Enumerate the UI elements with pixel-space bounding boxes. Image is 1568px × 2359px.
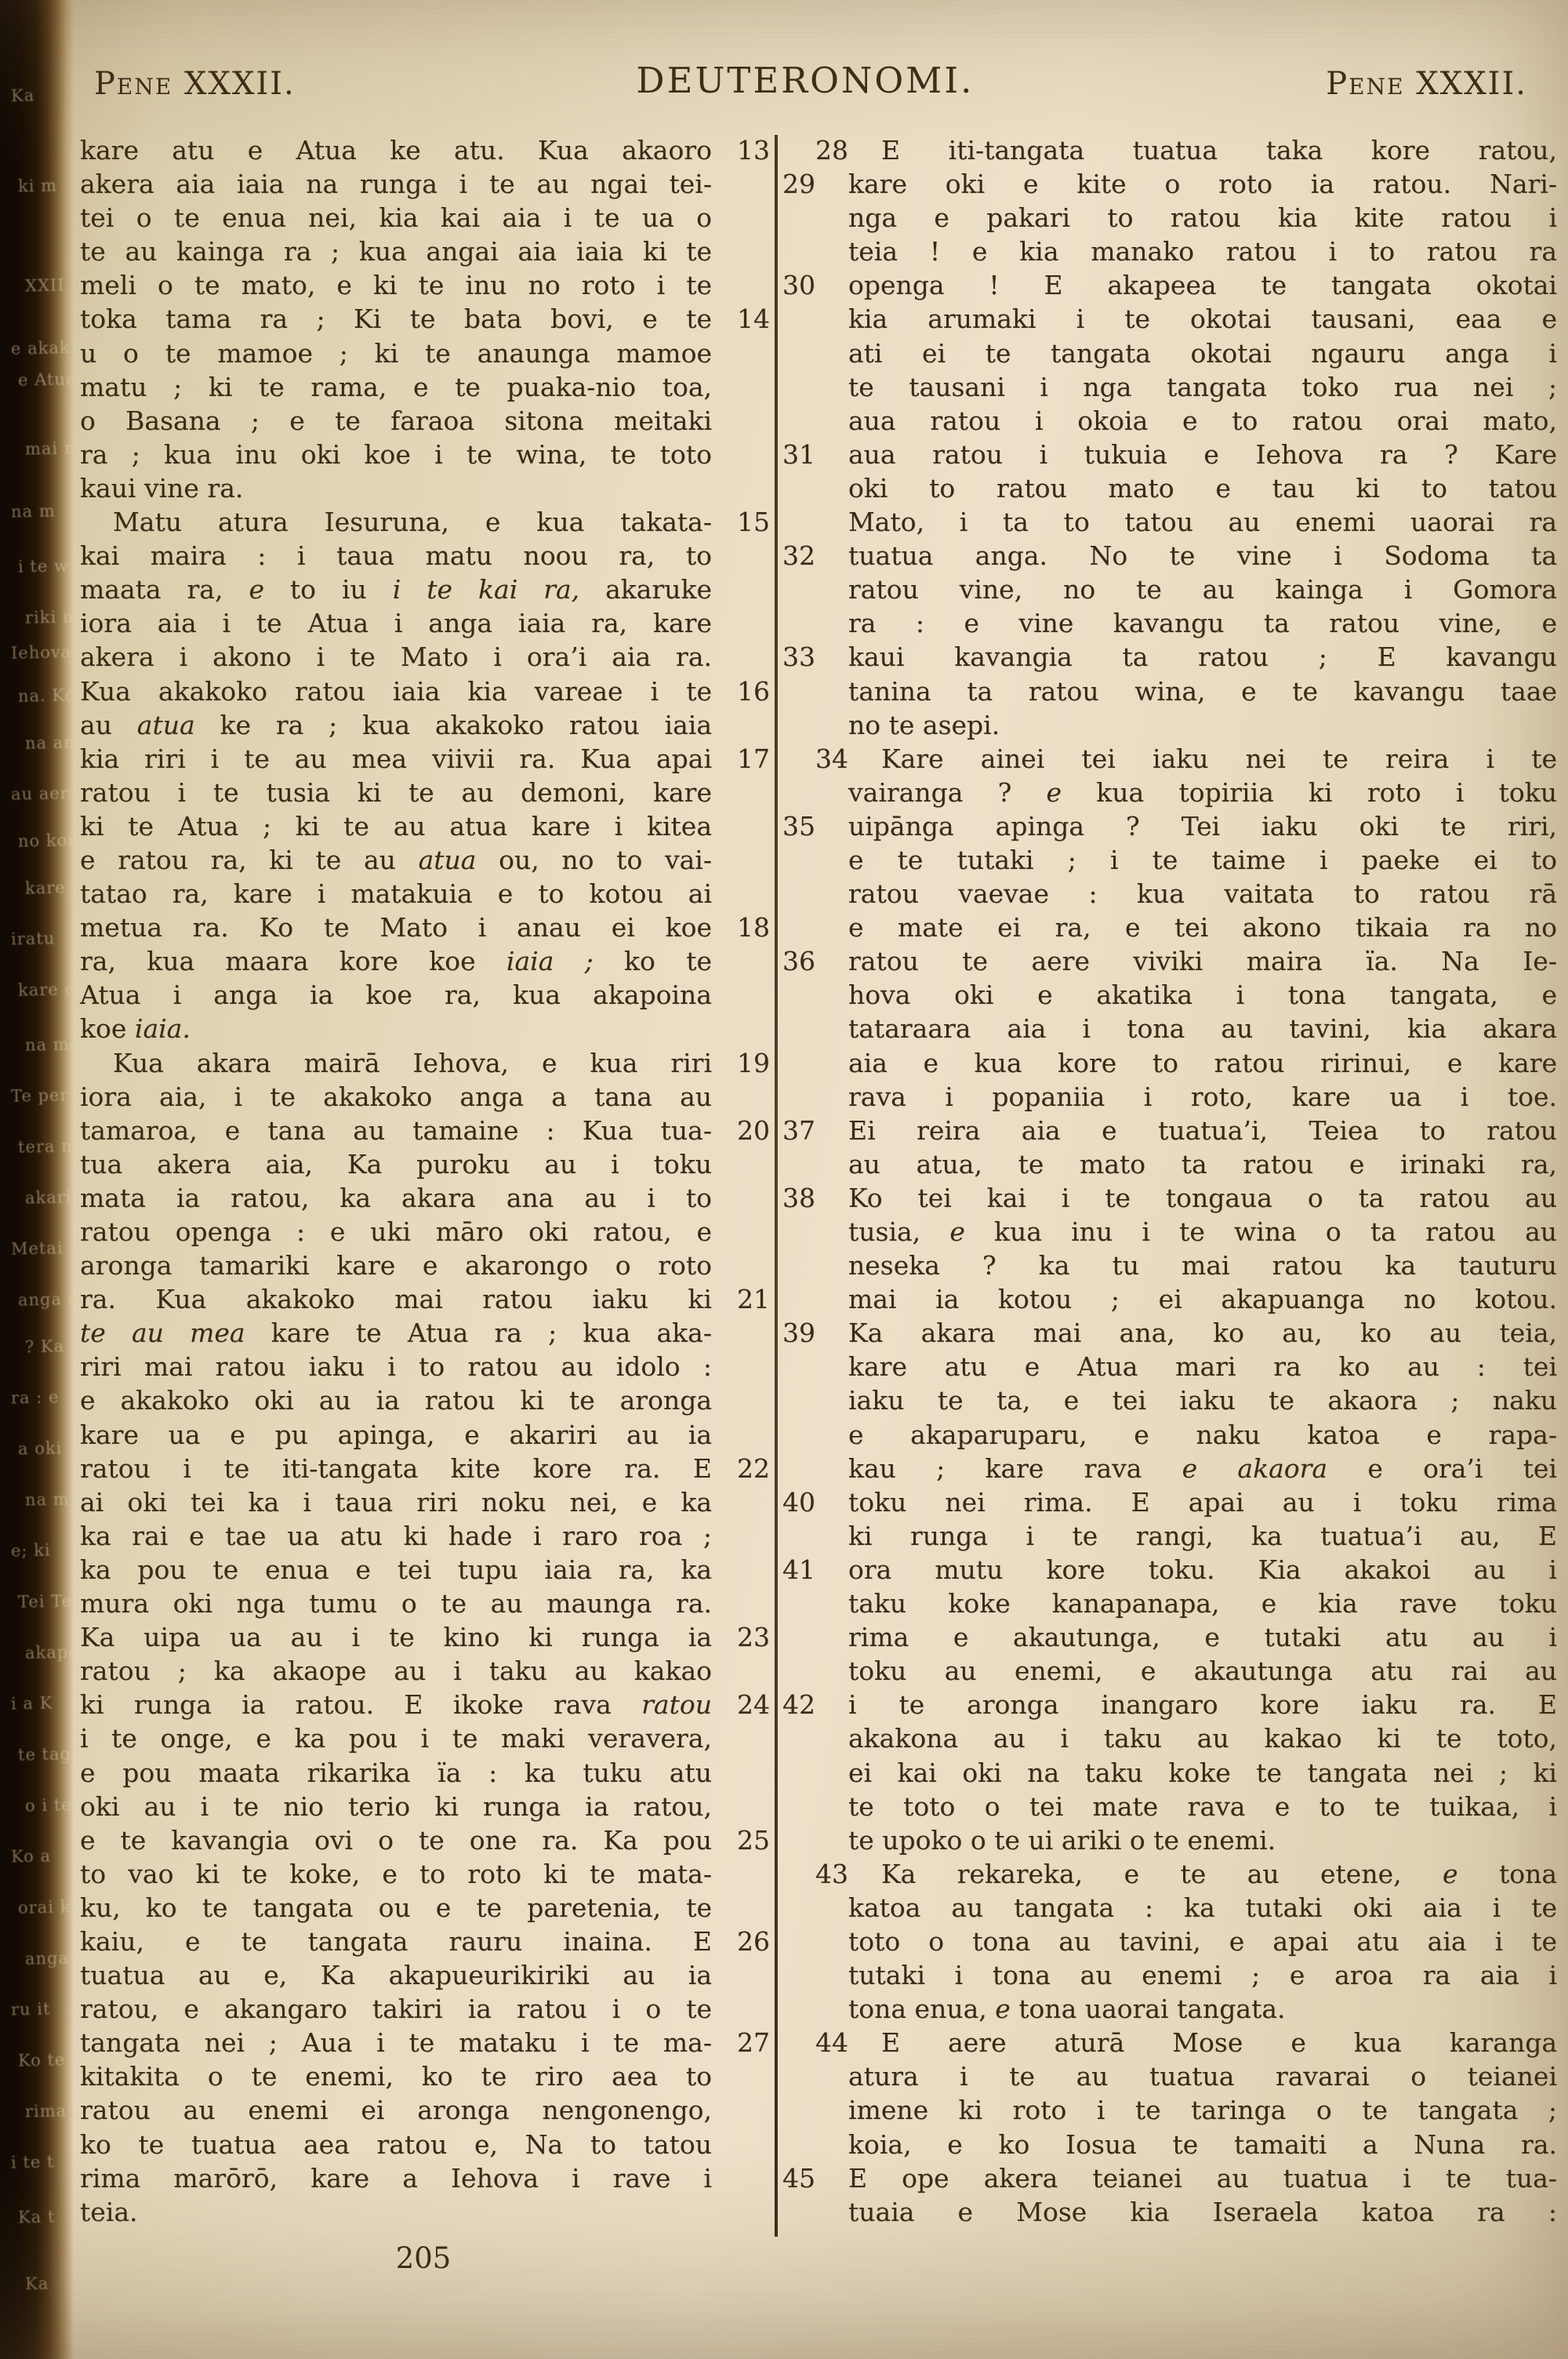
verse-text: ki runga ia ratou. E ikoke rava ratou	[80, 1689, 712, 1720]
verse-line: e ratou ra, ki te au atua ou, no to vai-	[80, 843, 773, 877]
left-column: kare atu e Atua ke atu. Kua akaoro13aker…	[80, 133, 773, 2237]
verse-line: ratou i te tusia ki te au demoni, kare	[80, 776, 773, 809]
verse-text: atura i te au tuatua ravarai o teianei	[848, 2061, 1557, 2092]
verse-line: rima marōrō, kare a Iehova i rave i	[80, 2161, 773, 2195]
verse-line: Kua akara mairā Iehova, e kua riri19	[80, 1046, 773, 1080]
verse-number: 35	[782, 809, 815, 843]
verse-line: ai oki tei ka i taua riri noku nei, e ka	[80, 1485, 773, 1519]
verse-line: kia riri i te au mea viivii ra. Kua apai…	[80, 742, 773, 776]
verse-line: tamaroa, e tana au tamaine : Kua tua-20	[80, 1114, 773, 1147]
verse-line: e akaparuparu, e naku katoa e rapa-	[781, 1418, 1557, 1452]
verse-text: ku, ko te tangata ou e te paretenia, te	[80, 1892, 712, 1923]
verse-line: Atua i anga ia koe ra, kua akapoina	[80, 978, 773, 1012]
verse-number: 19	[704, 1046, 770, 1080]
gutter-text-fragment: ru it	[11, 1999, 51, 2019]
verse-text: ora mutu kore toku. Kia akakoi au i	[848, 1554, 1557, 1585]
verse-text: iora aia, i te akakoko anga a tana au	[80, 1081, 712, 1112]
verse-text: Atua i anga ia koe ra, kua akapoina	[80, 980, 712, 1010]
verse-text: ka pou te enua e tei tupu iaia ra, ka	[80, 1554, 712, 1585]
verse-number: 37	[782, 1114, 815, 1147]
verse-text: Kare ainei tei iaku nei te reira i te	[881, 743, 1557, 774]
verse-text: oki to ratou mato e tau ki to tatou	[848, 473, 1557, 503]
verse-text: kare atu e Atua mari ra ko au : tei	[848, 1351, 1557, 1382]
verse-line: mata ia ratou, ka akara ana au i to	[80, 1181, 773, 1215]
verse-line: tatao ra, kare i matakuia e to kotou ai	[80, 877, 773, 911]
verse-number: 43	[782, 1857, 848, 1891]
verse-line: Matu atura Iesuruna, e kua takata-15	[80, 505, 773, 539]
verse-text: openga ! E akapeea te tangata okotai	[848, 270, 1557, 300]
verse-line: Mato, i ta to tatou au enemi uaorai ra	[781, 505, 1557, 539]
verse-text: matu ; ki te rama, e te puaka-nio toa,	[80, 372, 712, 402]
verse-line: E ope akera teianei au tuatua i te tua-4…	[781, 2161, 1557, 2195]
verse-line: o Basana ; e te faraoa sitona meitaki	[80, 404, 773, 438]
verse-text: meli o te mato, e ki te inu no roto i te	[80, 270, 712, 300]
verse-text: ratou openga : e uki māro oki ratou, e	[80, 1216, 712, 1247]
gutter-text-fragment: Iehova	[11, 642, 72, 663]
verse-number: 39	[782, 1316, 815, 1350]
binding-gutter: Kaki mXXIIe akake Atuamai nna mi te wrik…	[0, 0, 74, 2359]
gutter-text-fragment: akari	[25, 1187, 72, 1207]
verse-line: mai ia kotou ; ei akapuanga no kotou.	[781, 1282, 1557, 1316]
verse-text: i te aronga inangaro kore iaku ra. E	[848, 1689, 1557, 1720]
verse-text: tanina ta ratou wina, e te kavangu taae	[848, 676, 1557, 707]
verse-number: 34	[782, 742, 848, 776]
verse-text: metua ra. Ko te Mato i anau ei koe	[80, 912, 712, 943]
verse-text: ratou au enemi ei aronga nengonengo,	[80, 2095, 712, 2125]
verse-text: kia riri i te au mea viivii ra. Kua apai	[80, 743, 712, 774]
gutter-text-fragment: te tag	[18, 1744, 71, 1764]
verse-line: ra : e vine kavangu ta ratou vine, e	[781, 606, 1557, 640]
verse-line: ra. Kua akakoko mai ratou iaku ki21	[80, 1282, 773, 1316]
verse-line: no te asepi.	[781, 708, 1557, 742]
verse-line: kitakita o te enemi, ko te riro aea to	[80, 2059, 773, 2093]
verse-line: kai maira : i taua matu noou ra, to	[80, 539, 773, 572]
verse-text: rima e akautunga, e tutaki atu au i	[848, 1622, 1557, 1652]
verse-text: kitakita o te enemi, ko te riro aea to	[80, 2061, 712, 2092]
verse-text: teia ! e kia manako ratou i to ratou ra	[848, 236, 1557, 267]
verse-line: E aere aturā Mose e kua karanga44	[781, 2026, 1557, 2059]
verse-text: tamaroa, e tana au tamaine : Kua tua-	[80, 1115, 712, 1146]
verse-text: ratou, e akangaro takiri ia ratou i o te	[80, 1994, 712, 2024]
verse-line: akera aia iaia na runga i te au ngai tei…	[80, 167, 773, 201]
verse-text: ra, kua maara kore koe iaia ; ko te	[80, 946, 712, 976]
verse-line: te tausani i nga tangata toko rua nei ;	[781, 370, 1557, 404]
gutter-text-fragment: ? Ka	[25, 1336, 65, 1356]
verse-line: ku, ko te tangata ou e te paretenia, te	[80, 1891, 773, 1925]
verse-text: koe iaia.	[80, 1013, 191, 1044]
verse-number: 31	[782, 438, 815, 471]
verse-text: toku nei rima. E apai au i toku rima	[848, 1487, 1557, 1518]
verse-line: i te onge, e ka pou i te maki veravera,	[80, 1721, 773, 1755]
verse-line: ati ei te tangata okotai ngauru anga i	[781, 336, 1557, 370]
verse-line: ratou ; ka akaope au i taku au kakao	[80, 1654, 773, 1688]
verse-text: Ka rekareka, e te au etene, e tona	[881, 1859, 1557, 1889]
verse-text: imene ki roto i te taringa o te tangata …	[848, 2095, 1557, 2125]
verse-line: imene ki roto i te taringa o te tangata …	[781, 2093, 1557, 2127]
gutter-text-fragment: akape	[25, 1642, 74, 1662]
column-divider	[775, 135, 778, 2237]
verse-line: ei kai oki na taku koke te tangata nei ;…	[781, 1756, 1557, 1790]
verse-line: akakona au i taku au kakao ki te toto,	[781, 1721, 1557, 1755]
verse-text: te au kainga ra ; kua angai aia iaia ki …	[80, 236, 712, 267]
verse-line: tuatua anga. No te vine i Sodoma ta32	[781, 539, 1557, 572]
verse-line: tusia, e kua inu i te wina o ta ratou au	[781, 1215, 1557, 1249]
verse-line: toku au enemi, e akautunga atu rai au	[781, 1654, 1557, 1688]
verse-line: ratou vaevae : kua vaitata to ratou rā	[781, 877, 1557, 911]
verse-line: te au kainga ra ; kua angai aia iaia ki …	[80, 234, 773, 268]
verse-text: ei kai oki na taku koke te tangata nei ;…	[848, 1757, 1557, 1788]
verse-line: tua akera aia, Ka puroku au i toku	[80, 1147, 773, 1181]
verse-line: e mate ei ra, e tei akono tikaia ra no	[781, 911, 1557, 944]
verse-line: Ka rekareka, e te au etene, e tona43	[781, 1857, 1557, 1891]
verse-number: 13	[737, 133, 770, 167]
verse-text: E ope akera teianei au tuatua i te tua-	[848, 2163, 1557, 2194]
verse-text: neseka ? ka tu mai ratou ka tauturu	[848, 1250, 1557, 1281]
verse-line: matu ; ki te rama, e te puaka-nio toa,	[80, 370, 773, 404]
verse-text: ko te tuatua aea ratou e, Na to tatou	[80, 2129, 712, 2160]
gutter-text-fragment: XXII	[25, 275, 65, 295]
verse-line: te toto o tei mate rava e to te tuikaa, …	[781, 1790, 1557, 1823]
verse-line: i te aronga inangaro kore iaku ra. E42	[781, 1688, 1557, 1721]
verse-line: taku koke kanapanapa, e kia rave toku	[781, 1587, 1557, 1620]
verse-text: te tausani i nga tangata toko rua nei ;	[848, 372, 1557, 402]
gutter-text-fragment: Ka t	[18, 2208, 56, 2227]
verse-line: iaku te ta, e tei iaku te akaora ; naku	[781, 1383, 1557, 1417]
verse-line: oki au i te nio terio ki runga ia ratou,	[80, 1790, 773, 1823]
verse-line: Ko tei kai i te tongaua o ta ratou au38	[781, 1181, 1557, 1215]
gutter-text-fragment: iratu	[11, 929, 56, 948]
verse-text: ratou ; ka akaope au i taku au kakao	[80, 1656, 712, 1686]
verse-line: e pou maata rikarika ïa : ka tuku atu	[80, 1756, 773, 1790]
verse-text: iora aia i te Atua i anga iaia ra, kare	[80, 608, 712, 638]
verse-number: 21	[737, 1282, 770, 1316]
verse-text: nga e pakari to ratou kia kite ratou i	[848, 202, 1557, 233]
verse-number: 29	[782, 167, 815, 201]
verse-line: toto o tona au tavini, e apai atu aia i …	[781, 1925, 1557, 1958]
verse-line: maata ra, e to iu i te kai ra, akaruke	[80, 572, 773, 606]
verse-text: e pou maata rikarika ïa : ka tuku atu	[80, 1757, 712, 1788]
verse-line: E iti-tangata tuatua taka kore ratou,28	[781, 133, 1557, 167]
verse-line: aua ratou i okoia e to ratou orai mato,	[781, 404, 1557, 438]
verse-text: hova oki e akatika i tona tangata, e	[848, 980, 1557, 1010]
verse-text: kai maira : i taua matu noou ra, to	[80, 540, 712, 571]
verse-text: taku koke kanapanapa, e kia rave toku	[848, 1588, 1557, 1619]
verse-line: iora aia i te Atua i anga iaia ra, kare	[80, 606, 773, 640]
book-title: DEUTERONOMI.	[74, 60, 1537, 101]
gutter-text-fragment: kare e	[18, 980, 74, 1000]
verse-text: tusia, e kua inu i te wina o ta ratou au	[848, 1216, 1557, 1247]
verse-line: e akakoko oki au ia ratou ki te aronga	[80, 1383, 773, 1417]
verse-text: ka rai e tae ua atu ki hade i raro roa ;	[80, 1521, 712, 1551]
verse-line: au atua, te mato ta ratou e irinaki ra,	[781, 1147, 1557, 1181]
verse-line: aronga tamariki kare e akarongo o roto	[80, 1249, 773, 1282]
verse-text: teia.	[80, 2197, 138, 2227]
verse-line: openga ! E akapeea te tangata okotai30	[781, 268, 1557, 302]
verse-text: e akakoko oki au ia ratou ki te aronga	[80, 1385, 712, 1416]
verse-line: meli o te mato, e ki te inu no roto i te	[80, 268, 773, 302]
verse-line: rima e akautunga, e tutaki atu au i	[781, 1620, 1557, 1654]
verse-line: kaiu, e te tangata rauru inaina. E26	[80, 1925, 773, 1958]
verse-text: tuaia e Mose kia Iseraela katoa ra :	[848, 2197, 1557, 2227]
verse-text: ratou i te tusia ki te au demoni, kare	[80, 777, 712, 808]
verse-text: no te asepi.	[848, 710, 1000, 740]
verse-text: tona enua, e tona uaorai tangata.	[848, 1994, 1286, 2024]
verse-line: nga e pakari to ratou kia kite ratou i	[781, 201, 1557, 234]
verse-text: e te tutaki ; i te taime i paeke ei to	[848, 845, 1557, 875]
gutter-text-fragment: no kor	[18, 831, 74, 851]
gutter-text-fragment: Te per	[11, 1085, 69, 1106]
verse-text: iaku te ta, e tei iaku te akaora ; naku	[848, 1385, 1557, 1416]
verse-line: metua ra. Ko te Mato i anau ei koe18	[80, 911, 773, 944]
verse-line: tei o te enua nei, kia kai aia i te ua o	[80, 201, 773, 234]
verse-text: ai oki tei ka i taua riri noku nei, e ka	[80, 1487, 712, 1518]
verse-text: Ka akara mai ana, ko au, ko au teia,	[848, 1318, 1557, 1348]
verse-line: tangata nei ; Aua i te mataku i te ma-27	[80, 2026, 773, 2059]
verse-text: e mate ei ra, e tei akono tikaia ra no	[848, 912, 1557, 943]
verse-line: ki runga i te rangi, ka tuatua’i au, E	[781, 1519, 1557, 1553]
gutter-text-fragment: na. Ko	[18, 685, 74, 706]
verse-text: kaui kavangia ta ratou ; E kavangu	[848, 642, 1557, 672]
verse-line: ratou vine, no te au kainga i Gomora	[781, 572, 1557, 606]
verse-line: tona enua, e tona uaorai tangata.	[781, 1992, 1557, 2026]
verse-line: akera i akono i te Mato i ora’i aia ra.	[80, 640, 773, 674]
verse-line: ki runga ia ratou. E ikoke rava ratou24	[80, 1688, 773, 1721]
verse-text: aua ratou i okoia e to ratou orai mato,	[848, 405, 1557, 436]
verse-number: 15	[704, 505, 770, 539]
verse-text: kau ; kare rava e akaora e ora’i tei	[848, 1453, 1557, 1484]
verse-line: ko te tuatua aea ratou e, Na to tatou	[80, 2128, 773, 2161]
verse-text: Kua akakoko ratou iaia kia vareae i te	[80, 676, 712, 707]
verse-text: Mato, i ta to tatou au enemi uaorai ra	[848, 507, 1557, 537]
gutter-text-fragment: ra : e	[11, 1387, 60, 1407]
verse-text: tutaki i tona au enemi ; e aroa ra aia i	[848, 1960, 1557, 1990]
verse-text: kaui vine ra.	[80, 473, 243, 503]
verse-line: kia arumaki i te okotai tausani, eaa e	[781, 302, 1557, 336]
gutter-text-fragment: e akak	[11, 338, 71, 358]
book-page-scan: Kaki mXXIIe akake Atuamai nna mi te wrik…	[0, 0, 1568, 2359]
verse-line: to vao ki te koke, e to roto ki te mata-	[80, 1857, 773, 1891]
verse-text: tataraara aia i tona au tavini, kia akar…	[848, 1013, 1557, 1044]
verse-text: tuatua anga. No te vine i Sodoma ta	[848, 540, 1557, 571]
verse-number: 41	[782, 1553, 815, 1587]
verse-text: tua akera aia, Ka puroku au i toku	[80, 1149, 712, 1179]
verse-number: 42	[782, 1688, 815, 1721]
verse-line: kare ua e pu apinga, e akariri au ia	[80, 1418, 773, 1452]
gutter-text-fragment: mai n	[25, 438, 74, 458]
gutter-text-fragment: anga i	[18, 1289, 74, 1309]
verse-text: te upoko o te ui ariki o te enemi.	[848, 1825, 1276, 1856]
running-head-right: Pene XXXII.	[1326, 66, 1527, 102]
verse-line: ratou i te iti-tangata kite kore ra. E22	[80, 1452, 773, 1485]
verse-line: kare oki e kite o roto ia ratou. Nari-29	[781, 167, 1557, 201]
verse-line: ki te Atua ; ki te au atua kare i kitea	[80, 809, 773, 843]
verse-text: aronga tamariki kare e akarongo o roto	[80, 1250, 712, 1281]
right-column: E iti-tangata tuatua taka kore ratou,28k…	[781, 133, 1557, 2237]
verse-line: u o te mamoe ; ki te anaunga mamoe	[80, 336, 773, 370]
verse-text: te toto o tei mate rava e to te tuikaa, …	[848, 1791, 1557, 1822]
verse-number: 25	[737, 1823, 770, 1857]
verse-line: oki to ratou mato e tau ki to tatou	[781, 471, 1557, 505]
verse-number: 18	[737, 911, 770, 944]
verse-text: ra. Kua akakoko mai ratou iaku ki	[80, 1284, 712, 1314]
gutter-text-fragment: e; ki	[11, 1540, 51, 1560]
verse-line: aia e kua kore to ratou ririnui, e kare	[781, 1046, 1557, 1080]
verse-line: ra ; kua inu oki koe i te wina, te toto	[80, 438, 773, 471]
verse-line: ratou, e akangaro takiri ia ratou i o te	[80, 1992, 773, 2026]
gutter-text-fragment: orai k	[18, 1897, 71, 1917]
verse-line: toku nei rima. E apai au i toku rima40	[781, 1485, 1557, 1519]
verse-line: tuatua au e, Ka akapueurikiriki au ia	[80, 1958, 773, 1992]
gutter-text-fragment: a oki	[18, 1438, 63, 1458]
verse-line: ra, kua maara kore koe iaia ; ko te	[80, 944, 773, 978]
verse-text: aia e kua kore to ratou ririnui, e kare	[848, 1048, 1557, 1078]
verse-text: au atua ke ra ; kua akakoko ratou iaia	[80, 710, 712, 740]
verse-line: iora aia, i te akakoko anga a tana au	[80, 1080, 773, 1114]
verse-line: mura oki nga tumu o te au maunga ra.	[80, 1587, 773, 1620]
verse-text: e ratou ra, ki te au atua ou, no to vai-	[80, 845, 712, 875]
gutter-text-fragment: Ka	[25, 2274, 49, 2294]
verse-line: te upoko o te ui ariki o te enemi.	[781, 1823, 1557, 1857]
verse-line: e te tutaki ; i te taime i paeke ei to	[781, 843, 1557, 877]
verse-text: koia, e ko Iosua te tamaiti a Nuna ra.	[848, 2129, 1557, 2160]
verse-text: toka tama ra ; Ki te bata bovi, e te	[80, 304, 712, 334]
verse-text: toku au enemi, e akautunga atu rai au	[848, 1656, 1557, 1686]
verse-text: katoa au tangata : ka tutaki oki aia i t…	[848, 1892, 1557, 1923]
gutter-text-fragment: Ko te	[18, 2050, 66, 2070]
verse-line: ka rai e tae ua atu ki hade i raro roa ;	[80, 1519, 773, 1553]
verse-text: tangata nei ; Aua i te mataku i te ma-	[80, 2027, 712, 2058]
verse-text: mura oki nga tumu o te au maunga ra.	[80, 1588, 712, 1619]
verse-number: 24	[737, 1688, 770, 1721]
verse-line: aua ratou i tukuia e Iehova ra ? Kare31	[781, 438, 1557, 471]
verse-text: e akaparuparu, e naku katoa e rapa-	[848, 1419, 1557, 1450]
gutter-text-fragment: e Atua	[18, 369, 74, 390]
verse-text: maata ra, e to iu i te kai ra, akaruke	[80, 574, 712, 605]
verse-text: Kua akara mairā Iehova, e kua riri	[113, 1048, 712, 1078]
verse-text: kare atu e Atua ke atu. Kua akaoro	[80, 135, 712, 165]
verse-number: 27	[737, 2026, 770, 2059]
gutter-text-fragment: anga r	[25, 1948, 74, 1968]
gutter-text-fragment: na m	[25, 1489, 70, 1509]
verse-text: Ka uipa ua au i te kino ki runga ia	[80, 1622, 712, 1652]
verse-line: kaui vine ra.	[80, 471, 773, 505]
verse-text: akera aia iaia na runga i te au ngai tei…	[80, 169, 712, 199]
gutter-text-fragment: Metai	[11, 1238, 64, 1258]
verse-text: ra ; kua inu oki koe i te wina, te toto	[80, 439, 712, 470]
verse-text: tatao ra, kare i matakuia e to kotou ai	[80, 878, 712, 909]
verse-line: rava i popaniia i roto, kare ua i toe.	[781, 1080, 1557, 1114]
verse-line: te au mea kare te Atua ra ; kua aka-	[80, 1316, 773, 1350]
gutter-text-fragment: riki m	[25, 607, 74, 627]
verse-text: akakona au i taku au kakao ki te toto,	[848, 1723, 1557, 1754]
gutter-text-fragment: Ko a	[11, 1846, 51, 1866]
verse-line: Ei reira aia e tuatua’i, Teiea to ratou3…	[781, 1114, 1557, 1147]
verse-number: 20	[737, 1114, 770, 1147]
verse-line: Kare ainei tei iaku nei te reira i te34	[781, 742, 1557, 776]
verse-line: toka tama ra ; Ki te bata bovi, e te14	[80, 302, 773, 336]
verse-number: 30	[782, 268, 815, 302]
verse-line: uipānga apinga ? Tei iaku oki te riri,35	[781, 809, 1557, 843]
verse-text: vairanga ? e kua topiriia ki roto i toku	[848, 777, 1557, 808]
gutter-text-fragment: ki m	[18, 176, 58, 195]
verse-text: au atua, te mato ta ratou e irinaki ra,	[848, 1149, 1557, 1179]
verse-number: 32	[782, 539, 815, 572]
verse-line: ratou au enemi ei aronga nengonengo,	[80, 2093, 773, 2127]
verse-number: 45	[782, 2161, 815, 2195]
verse-text: kare oki e kite o roto ia ratou. Nari-	[848, 169, 1557, 199]
verse-line: kare atu e Atua ke atu. Kua akaoro13	[80, 133, 773, 167]
gutter-text-fragment: rima	[25, 2101, 67, 2121]
verse-text: e te kavangia ovi o te one ra. Ka pou	[80, 1825, 712, 1856]
verse-text: mata ia ratou, ka akara ana au i to	[80, 1183, 712, 1213]
verse-line: teia.	[80, 2195, 773, 2229]
verse-line: ka pou te enua e tei tupu iaia ra, ka	[80, 1553, 773, 1587]
gutter-text-fragment: kare k	[25, 878, 74, 898]
verse-number: 40	[782, 1485, 815, 1519]
verse-text: toto o tona au tavini, e apai atu aia i …	[848, 1926, 1557, 1957]
verse-number: 33	[782, 640, 815, 674]
verse-number: 23	[737, 1620, 770, 1654]
gutter-text-fragment: i te t	[11, 2152, 55, 2172]
verse-text: ratou vaevae : kua vaitata to ratou rā	[848, 878, 1557, 909]
verse-line: riri mai ratou iaku i to ratou au idolo …	[80, 1350, 773, 1383]
verse-line: tataraara aia i tona au tavini, kia akar…	[781, 1012, 1557, 1045]
verse-text: akera i akono i te Mato i ora’i aia ra.	[80, 642, 712, 672]
verse-text: ratou vine, no te au kainga i Gomora	[848, 574, 1557, 605]
verse-text: tuatua au e, Ka akapueurikiriki au ia	[80, 1960, 712, 1990]
verse-text: ki runga i te rangi, ka tuatua’i au, E	[848, 1521, 1557, 1551]
gutter-text-fragment: na m	[11, 501, 56, 521]
verse-number: 28	[782, 133, 848, 167]
verse-number: 44	[782, 2026, 848, 2059]
verse-line: tanina ta ratou wina, e te kavangu taae	[781, 674, 1557, 708]
gutter-text-fragment: i te w	[18, 556, 69, 576]
verse-text: o Basana ; e te faraoa sitona meitaki	[80, 405, 712, 436]
verse-line: e te kavangia ovi o te one ra. Ka pou25	[80, 1823, 773, 1857]
verse-number: 26	[737, 1925, 770, 1958]
verse-text: tei o te enua nei, kia kai aia i te ua o	[80, 202, 712, 233]
verse-line: Ka uipa ua au i te kino ki runga ia23	[80, 1620, 773, 1654]
verse-line: koia, e ko Iosua te tamaiti a Nuna ra.	[781, 2128, 1557, 2161]
verse-line: teia ! e kia manako ratou i to ratou ra	[781, 234, 1557, 268]
verse-line: tutaki i tona au enemi ; e aroa ra aia i	[781, 1958, 1557, 1992]
verse-text: E aere aturā Mose e kua karanga	[881, 2027, 1557, 2058]
verse-line: koe iaia.	[80, 1012, 773, 1045]
gutter-text-fragment: na me	[25, 1034, 74, 1054]
page: Pene XXXII. DEUTERONOMI. Pene XXXII. kar…	[74, 0, 1568, 2359]
verse-number: 36	[782, 944, 815, 978]
verse-line: ora mutu kore toku. Kia akakoi au i41	[781, 1553, 1557, 1587]
verse-text: uipānga apinga ? Tei iaku oki te riri,	[848, 811, 1557, 841]
verse-number: 38	[782, 1181, 815, 1215]
verse-text: ati ei te tangata okotai ngauru anga i	[848, 338, 1557, 369]
verse-line: kau ; kare rava e akaora e ora’i tei	[781, 1452, 1557, 1485]
gutter-text-fragment: Tei Te	[18, 1591, 72, 1611]
verse-text: Ko tei kai i te tongaua o ta ratou au	[848, 1183, 1557, 1213]
running-header: Pene XXXII. DEUTERONOMI. Pene XXXII.	[74, 60, 1568, 110]
verse-text: kare ua e pu apinga, e akariri au ia	[80, 1419, 712, 1450]
verse-number: 14	[737, 302, 770, 336]
gutter-text-fragment: tera n	[18, 1136, 73, 1156]
verse-text: Ei reira aia e tuatua’i, Teiea to ratou	[848, 1115, 1557, 1146]
verse-line: au atua ke ra ; kua akakoko ratou iaia	[80, 708, 773, 742]
verse-text: rava i popaniia i roto, kare ua i toe.	[848, 1081, 1557, 1112]
verse-text: oki au i te nio terio ki runga ia ratou,	[80, 1791, 712, 1822]
verse-number: 22	[737, 1452, 770, 1485]
verse-number: 17	[737, 742, 770, 776]
gutter-text-fragment: i a K	[11, 1693, 53, 1713]
verse-text: ratou te aere viviki maira ïa. Na Ie-	[848, 946, 1557, 976]
